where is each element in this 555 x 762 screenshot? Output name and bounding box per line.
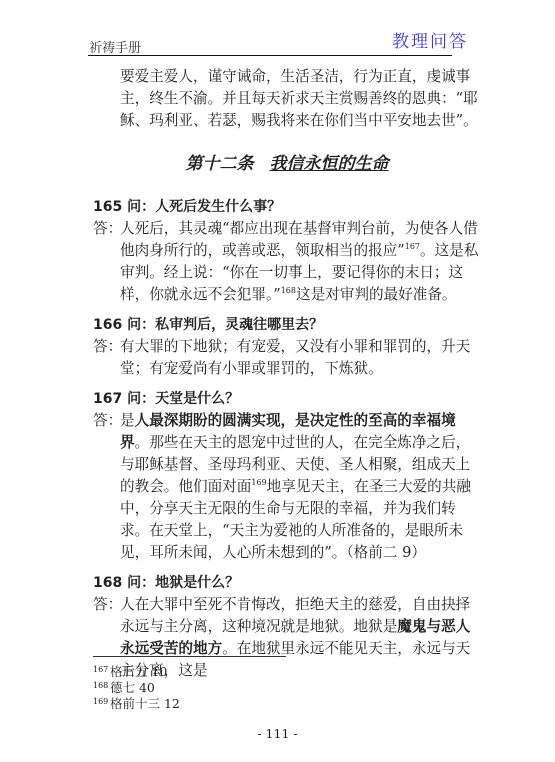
qa-item-165: 165 问：人死后发生什么事？ 答： 人死后，其灵魂“都应出现在基督审判台前，为…: [93, 196, 481, 306]
question: 166 问：私审判后，灵魂往哪里去？: [93, 314, 481, 336]
footnote-ref[interactable]: 169: [251, 478, 266, 487]
footnote: 168德七 40: [93, 680, 180, 696]
answer-label: 答：: [93, 594, 122, 616]
answer: 答： 是人最深期盼的圆满实现，是决定性的至高的幸福境界。那些在天主的恩宠中过世的…: [93, 410, 481, 564]
header-divider: [88, 55, 452, 56]
section-number: 第十二条: [186, 154, 254, 174]
page-number: - 111 -: [0, 726, 555, 741]
section-title: 第十二条我信永恒的生命: [93, 152, 481, 176]
running-header-section-title: 教理问答: [392, 27, 468, 52]
answer-label: 答：: [93, 336, 122, 358]
question: 168 问：地狱是什么？: [93, 572, 481, 594]
answer-label: 答：: [93, 410, 122, 432]
section-heading: 我信永恒的生命: [270, 154, 389, 174]
footnotes: 167格后五 10 168德七 40 169格前十三 12: [93, 664, 180, 712]
page-body: 要爱主爱人，谨守诫命，生活圣洁，行为正直，虔诚事主，终生不渝。并且每天祈求天主赏…: [93, 66, 481, 690]
qa-item-166: 166 问：私审判后，灵魂往哪里去？ 答： 有大罪的下地狱；有宠爱，又没有小罪和…: [93, 314, 481, 380]
qa-item-167: 167 问：天堂是什么？ 答： 是人最深期盼的圆满实现，是决定性的至高的幸福境界…: [93, 388, 481, 564]
footnote: 169格前十三 12: [93, 696, 180, 712]
footnote: 167格后五 10: [93, 664, 180, 680]
question: 165 问：人死后发生什么事？: [93, 196, 481, 218]
answer-label: 答：: [93, 218, 122, 240]
footnote-ref[interactable]: 168: [281, 286, 296, 295]
intro-paragraph: 要爱主爱人，谨守诫命，生活圣洁，行为正直，虔诚事主，终生不渝。并且每天祈求天主赏…: [93, 66, 481, 132]
answer: 答： 有大罪的下地狱；有宠爱，又没有小罪和罪罚的，升天堂；有宠爱尚有小罪或罪罚的…: [93, 336, 481, 380]
question: 167 问：天堂是什么？: [93, 388, 481, 410]
running-header-book-title: 祈祷手册: [89, 37, 141, 56]
footnote-divider: [93, 656, 286, 657]
footnote-ref[interactable]: 167: [405, 242, 420, 251]
answer: 答： 人死后，其灵魂“都应出现在基督审判台前，为使各人借他肉身所行的，或善或恶，…: [93, 218, 481, 306]
